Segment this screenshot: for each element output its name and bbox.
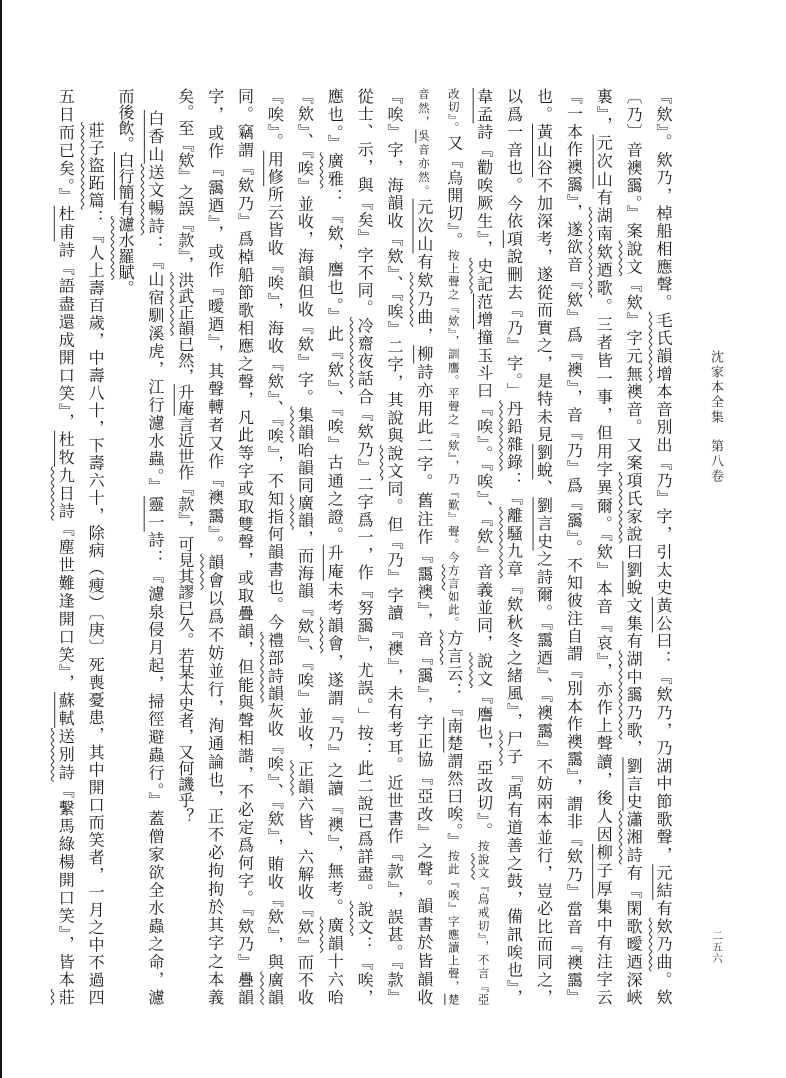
text-run: 應也。』 (325, 88, 344, 152)
book-title: 瀟湘詩 (624, 811, 643, 864)
text-column: 以爲一音也。今依項說刪去『乃』字。」丹鉛雜錄：『離騷九章『欸秋冬之緒風』，尸子『… (505, 88, 523, 1005)
proper-noun: 升庵 (325, 545, 344, 581)
text-run: 咍韻同 (295, 442, 314, 495)
annotation-note-book-title: 說文 (477, 853, 491, 880)
book-title: 濾水羅賦 (116, 216, 135, 280)
book-title: 韻會 (206, 554, 225, 590)
annotation-note: 『烏戒切』，不言『亞 (477, 880, 491, 1005)
text-run: 有 (116, 200, 135, 216)
book-title: 冷齋夜話 (355, 317, 374, 388)
book-title: 韻會 (325, 617, 344, 653)
text-run: 合『欸乃』二字爲一，作『努靄』，尤誤。」按：此二說已爲詳盡。 (355, 388, 374, 901)
text-run: 『禹有道善之鼓，備訊唉也』， (505, 766, 524, 1005)
text-column: 『唉』字，海韻收『欸』、『唉』二字，其說與說文同。但『乃』字讀『襖』，未有考耳。… (385, 88, 403, 1005)
text-column: 同。竊謂『欸乃』爲棹船節歌相應之聲，凡此等字或取雙聲，或取疊韻，但能與聲相諧，不… (236, 88, 254, 1005)
text-run: 矣。至『欸』之誤『款』， (176, 88, 195, 272)
text-run: ：『欸，譍也。』此『欸』、『唉』古通之證。 (325, 189, 344, 545)
book-title: 毛氏韻增 (654, 312, 673, 383)
proper-noun: 元結 (654, 864, 673, 900)
book-title: 說文 (385, 445, 404, 481)
text-run: 撞玉斗曰『唉』。『唉』、『欸』音義並同， (475, 329, 494, 653)
book-title: 說文 (624, 240, 643, 276)
annotation-note: 按 (477, 840, 491, 853)
book-title: 欸乃曲 (415, 272, 434, 327)
text-run: 又『烏開切』。 (445, 134, 464, 249)
text-column: 改切』。又『烏開切』。按上聲之『欸』，訓譍。平聲之『欸』，乃『歎』聲。今方言如此… (445, 88, 463, 1005)
book-title: 欸乃曲 (654, 918, 673, 971)
book-title: 廣韻 (295, 495, 314, 530)
text-run: 裏』， (594, 88, 613, 134)
text-column: 矣。至『欸』之誤『款』，洪武正韻已然，升庵言近世作『款』，可見其謬已久。若某太史… (176, 88, 194, 1005)
book-title: 說文 (475, 652, 494, 688)
proper-noun: 白行簡 (116, 152, 135, 200)
annotation-note: 按上聲之『欸』，訓譍。平聲之『欸』，乃『歎』聲。今 (447, 249, 461, 564)
proper-noun: 韋孟 (475, 88, 494, 124)
text-run: 有『閑歌曖迺深峽 (624, 864, 643, 1005)
book-title: 尸子 (505, 730, 524, 766)
text-column: 裏』，元次山有湖南欸迺歌。三者皆一事，但用字異爾。『欸』本音『哀』，亦作上聲讀，… (594, 88, 612, 1005)
proper-noun: 黃公 (654, 597, 673, 633)
text-run: 詩『語盡還成開口笑』， (56, 242, 75, 431)
annotation-note-proper-noun: 楚 (447, 994, 461, 1006)
text-run: 詩亦用此二字。舊注作『靄襖』，音『靄』，字正協『亞改』之聲。韻書於皆韻收 (415, 364, 434, 1005)
text-run: ：『人上壽百歲，中壽八十，下壽六十，除病（瘦）〔庚〕死喪憂患，其中開口而笑者，一… (86, 210, 105, 1006)
text-run: 。欸 (654, 971, 673, 1005)
text-run: 不加深考，遂從而實之，是特未見 (534, 177, 553, 444)
text-run: ，遂謂『乃』之讀『襖』，無考。 (325, 653, 344, 916)
book-title: 丹鉛雜錄 (505, 400, 524, 471)
text-run: 『欸』、『唉』並收，海韻但收『欸』字。 (295, 88, 314, 406)
text-column: 白香山送文暢詩：『山宿馴溪虎，江行濾水蟲。』靈一詩：『濾泉侵月起，掃徑避蟲行。』… (146, 110, 164, 1005)
book-title: 送文暢詩 (146, 164, 165, 236)
page-number: 二五六 (711, 930, 723, 965)
proper-noun: 柳子厚 (594, 844, 613, 898)
book-title: 湖中靄乃歌 (624, 650, 643, 739)
text-run: 『欸』字元無襖音。又案 (624, 276, 643, 472)
text-run: 而後飲。 (116, 88, 135, 152)
text-column: 〔乃〕音襖靄。』案說文『欸』字元無襖音。又案項氏家說曰劉蛻文集有湖中靄乃歌，劉言… (624, 88, 642, 1005)
text-column: 從士、示，與『矣』字不同。冷齋夜話合『欸乃』二字爲一，作『努靄』，尤誤。」按：此… (355, 88, 373, 1005)
text-run: 六皆、六解收『欸』而不收 (295, 795, 314, 1005)
proper-noun: 范增 (475, 293, 494, 329)
text-run: 十六咍 (325, 953, 344, 1005)
collection-title: 沈家本全集 (708, 350, 723, 425)
proper-noun: 南楚 (445, 717, 464, 752)
text-run: 『唉』字，海韻收『欸』、『唉』二字，其說與 (385, 88, 404, 445)
text-run: 說刪去『乃』字。」 (505, 248, 524, 400)
text-column: 『一本作襖靄』，遂欲音『欸』爲『襖』，音『乃』爲『靄』。不知彼注自謂『別本作襖靄… (564, 88, 582, 1005)
book-title: 禮部詩韻 (265, 632, 284, 703)
text-run: ， (624, 740, 643, 758)
running-head: 沈家本全集第八卷 (707, 350, 723, 484)
text-run: 謂然曰唉。』 (445, 753, 464, 850)
text-column: 莊子盜跖篇：『人上壽百歲，中壽八十，下壽六十，除病（瘦）〔庚〕死喪憂患，其中開口… (86, 122, 104, 1005)
text-run: ，而海韻『欸』、『唉』並收， (295, 530, 314, 760)
text-column: 韋孟詩『勸唉厥生』，史記范增撞玉斗曰『唉』。『唉』、『欸』音義並同，說文『譍也，… (475, 88, 493, 1005)
annotation-note-book-title: 方言 (447, 564, 461, 590)
annotation-note: 音然， (417, 88, 431, 129)
book-title: 廣雅 (325, 152, 344, 188)
text-column: 字，或作『靄迺』，或作『曖迺』，其聲轉者又作『襖靄』。韻會以爲不妨並行，洵通論也… (206, 88, 224, 1005)
text-run: 詩『勸唉厥生』， (475, 124, 494, 258)
proper-noun: 劉蛻 (624, 561, 643, 597)
book-title: 說文 (355, 901, 374, 936)
text-column: 『欸』、『唉』並收，海韻但收『欸』字。集韻咍韻同廣韻，而海韻『欸』、『唉』並收，… (295, 88, 313, 1005)
text-run: 有 (594, 189, 613, 207)
volume-label: 第八卷 (707, 439, 723, 484)
text-column: 『欸』。欸乃，棹船相應聲。毛氏韻增本音別出『乃』字，引太史黃公曰：『欸乃，乃湖中… (654, 88, 672, 1005)
proper-noun: 杜牧 (56, 431, 75, 467)
text-run: 『欸秋冬之緒風』， (505, 578, 524, 730)
book-title: 集韻 (295, 406, 314, 441)
text-run: 集中有注字云 (594, 898, 613, 1005)
text-run: 同。竊謂『欸乃』爲棹船節歌相應之聲，凡此等字或取雙聲，或取疊韻，但能與聲相諧，不… (236, 88, 255, 1005)
text-column: 五日而已矣。』杜甫詩『語盡還成開口笑』，杜牧九日詩『塵世難逢開口笑』，蘇軾送別詩… (56, 88, 74, 1005)
text-run: 文集有 (624, 597, 643, 650)
text-run: 〔乃〕音襖靄。』案 (624, 88, 643, 240)
text-run: 曰：『欸乃，乃湖中節歌聲， (654, 633, 673, 865)
book-title: 項氏家說 (624, 472, 643, 543)
book-title: 湖南欸迺歌 (594, 207, 613, 298)
proper-noun: 黃山谷 (534, 124, 553, 177)
text-run: 『唉』。 (265, 88, 284, 151)
text-run: 『一本作襖靄』，遂欲音『欸』爲『襖』，音『乃』爲『靄』。不知彼注自謂『別本作襖靄… (564, 88, 583, 1005)
text-column: 『唉』。用修所云皆收『唉』，海收『欸』、『唉』，不知指何韻書也。今禮部詩韻灰收『… (265, 88, 283, 1005)
proper-noun: 元次山 (415, 199, 434, 254)
text-run: ：『山宿馴溪虎，江行濾水蟲。』 (146, 235, 165, 496)
book-title: 史記 (475, 258, 494, 294)
proper-noun: 升庵 (176, 384, 195, 416)
text-run: 字，或作『靄迺』，或作『曖迺』，其聲轉者又作『襖靄』。 (206, 88, 225, 554)
text-run: 未考 (325, 581, 344, 617)
book-title: 莊 (56, 989, 75, 1005)
text-column: 音然，吳音亦然。元次山有欸乃曲，柳詩亦用此二字。舊注作『靄襖』，音『靄』，字正協… (415, 88, 433, 1005)
text-column: 應也。』廣雅：『欸，譍也。』此『欸』、『唉』古通之證。升庵未考韻會，遂謂『乃』之… (325, 88, 343, 1005)
proper-noun: 元次山 (594, 134, 613, 188)
annotation-note: 如此。 (447, 590, 461, 629)
book-title: 廣韻 (325, 917, 344, 953)
proper-noun: 劉言史 (534, 497, 553, 550)
book-title: 離騷九章 (505, 507, 524, 578)
book-title: 正韻 (295, 760, 314, 795)
text-run: ， (415, 327, 434, 345)
text-run: 『譍也，亞改切』。 (475, 688, 494, 840)
text-run: 曰 (624, 543, 643, 561)
proper-noun: 柳 (415, 345, 434, 363)
text-run: 五日而已矣。』 (56, 88, 75, 206)
text-run: 已然， (176, 336, 195, 384)
text-column: 也。黃山谷不加深考，遂從而實之，是特未見劉蛻、劉言史之詩爾。『靄迺』、『襖靄』不… (534, 88, 552, 1005)
text-run: ：『唉， (355, 936, 374, 1005)
book-title: 莊子盜跖篇 (86, 122, 105, 210)
text-body: 『欸』。欸乃，棹船相應聲。毛氏韻增本音別出『乃』字，引太史黃公曰：『欸乃，乃湖中… (0, 88, 672, 1005)
proper-noun: 靈一 (146, 496, 165, 532)
text-run: 『繫馬綠楊開口笑』，皆本 (56, 782, 75, 989)
text-run: 、 (534, 479, 553, 497)
text-run: 。三者皆一事，但用字異爾。『欸』本音『哀』，亦作上聲讀，後人因 (594, 298, 613, 844)
proper-noun: 劉蛻 (534, 444, 553, 480)
text-run: 所云皆收『唉』，海收『欸』、『唉』，不知指何韻書也。今 (265, 186, 284, 632)
text-run: 言近世作『款』，可見其謬已久。若某太史者，又何譏乎？ (176, 416, 195, 824)
text-run: 有 (415, 254, 434, 272)
text-run: 灰收『唉』、『欸』，賄收『欸』，與 (265, 703, 284, 972)
book-title: 送別詩 (56, 728, 75, 782)
text-run: 同。但『乃』字讀『襖』，未有考耳。近世書作『款』，誤甚。『款』 (385, 480, 404, 1005)
proper-noun: 劉言史 (624, 757, 643, 810)
proper-noun: 蘇軾 (56, 692, 75, 728)
text-run: 。 (116, 280, 135, 296)
book-title: 方言 (445, 630, 464, 665)
proper-noun: 白香山 (146, 110, 165, 164)
book-page: 沈家本全集第八卷 二五六 『欸』。欸乃，棹船相應聲。毛氏韻增本音別出『乃』字，引… (0, 0, 786, 1078)
text-run: 也。 (534, 88, 553, 124)
annotation-note: 音亦然。 (417, 143, 431, 198)
text-run: 詩：『濾泉侵月起，掃徑避蟲行。』蓋僧家欲全水蟲之命，濾 (146, 532, 165, 1005)
text-column: 而後飲。白行簡有濾水羅賦。 (116, 88, 134, 1005)
text-run: 『欸』。欸乃，棹船相應聲。 (654, 88, 673, 312)
text-run: 之詩爾。『靄迺』、『襖靄』不妨兩本並行，豈必比而同之， (534, 551, 553, 1006)
annotation-note: 按此『唉』字應讀上聲， (447, 850, 461, 994)
book-title: 廣韻 (265, 971, 284, 1005)
text-run: 從士、示，與『矣』字不同。 (355, 88, 374, 317)
text-run: ：『 (505, 471, 524, 507)
book-title: 九日詩 (56, 467, 75, 521)
text-run: 『塵世難逢開口笑』， (56, 521, 75, 692)
text-run: 有 (654, 900, 673, 918)
annotation-note-proper-noun: 吳 (417, 129, 431, 143)
proper-noun: 用修 (265, 151, 284, 186)
text-run: 以爲一音也。今依 (505, 88, 524, 230)
text-run: 以爲不妨並行，洵通論也，正不必拘拘於其字之本義 (206, 590, 225, 1005)
text-run: 云：『 (445, 665, 464, 718)
book-title: 洪武正韻 (176, 272, 195, 336)
text-run: 本音別出『乃』字，引太史 (654, 383, 673, 597)
proper-noun: 項 (505, 230, 524, 248)
proper-noun: 杜甫 (56, 206, 75, 242)
annotation-note: 改切』。 (447, 88, 461, 134)
